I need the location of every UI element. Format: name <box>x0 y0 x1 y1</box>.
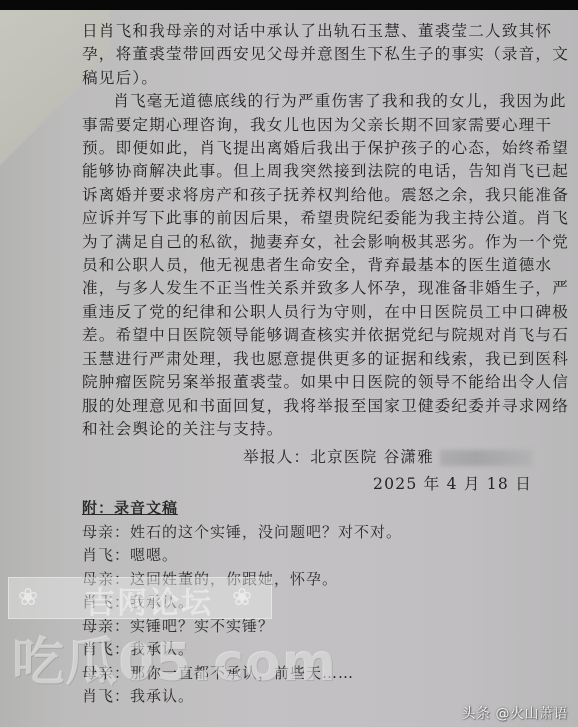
text-line: 和社会舆论的关注与支持。 <box>82 418 538 441</box>
text-line: 诉离婚并要求将房产和孩子抚养权判给他。震怒之余，我只能准备 <box>82 184 538 207</box>
text-line: 日肖飞和我母亲的对话中承认了出轨石玉慧、董裘莹二人致其怀 <box>82 20 538 43</box>
text-line: 能够协商解决此事。但上周我突然接到法院的电话，告知肖飞已起 <box>82 160 538 183</box>
flower-icon: ❀ <box>232 583 252 611</box>
text-line: 服的处理意见和书面回复，我将举报至国家卫健委纪委并寻求网络 <box>82 395 538 418</box>
speaker: 母亲： <box>82 523 130 541</box>
utterance: 嗯嗯。 <box>130 546 178 564</box>
signature-line: 举报人：北京医院 谷潇雅 <box>212 445 532 467</box>
letter-body: 日肖飞和我母亲的对话中承认了出轨石玉慧、董裘莹二人致其怀 孕，将董裘莹带回西安见… <box>82 20 538 441</box>
text-line: 预。即便如此，肖飞提出离婚后我出于保护孩子的心态，始终希望 <box>82 137 538 160</box>
text-line: 重违反了党的纪律和公职人员行为守则，在中日医院员工中口碑极 <box>82 301 538 324</box>
signature-label: 举报人：北京医院 谷潇雅 <box>243 448 434 466</box>
watermark-site: 吃瓜05.com <box>12 620 337 695</box>
text-line: 准，与多人发生不正当性关系并致多人怀孕，现准备非婚生子，严 <box>82 277 538 300</box>
text-line: 为了满足自己的私欲，抛妻弃女，社会影响极其恶劣。作为一个党 <box>82 231 538 254</box>
appendix-title: 附：录音文稿 <box>82 497 542 521</box>
text-line: 稿见后）。 <box>82 67 538 90</box>
utterance: 姓石的这个实锤，没问题吧？对不对。 <box>130 523 402 541</box>
source-credit: 头条 @火山萧语 <box>462 703 568 723</box>
text-line: 事需要定期心理咨询，我女儿也因为父亲长期不回家需要心理干 <box>82 114 538 137</box>
top-dark-band <box>0 0 578 10</box>
watermark-banner-text: 吉网论坛 <box>85 578 213 622</box>
dialog-line: 肖飞：嗯嗯。 <box>82 544 542 568</box>
text-line: 玉慧进行严肃处理，我也愿意提供更多的证据和线索，我已到医科 <box>82 348 538 371</box>
text-line: 差。希望中日医院领导能够调查核实并依据党纪与院规对肖飞与石 <box>82 324 538 347</box>
redacted-contact <box>440 450 532 466</box>
paragraph-continued: 日肖飞和我母亲的对话中承认了出轨石玉慧、董裘莹二人致其怀 孕，将董裘莹带回西安见… <box>82 20 538 90</box>
signature-date: 2025 年 4 月 18 日 <box>212 472 532 494</box>
dialog-line: 母亲：姓石的这个实锤，没问题吧？对不对。 <box>82 521 542 545</box>
text-line: 院肿瘤医院另案举报董裘莹。如果中日医院的领导不能给出令人信 <box>82 371 538 394</box>
paragraph-main: 肖飞毫无道德底线的行为严重伤害了我和我的女儿，我因为此 事需要定期心理咨询，我女… <box>82 90 538 441</box>
flower-icon: ❀ <box>18 583 38 611</box>
text-line: 员和公职人员，他无视患者生命安全，背弃最基本的医生道德水 <box>82 254 538 277</box>
text-line: 应诉并写下此事的前因后果，希望贵院纪委能为我主持公道。肖飞 <box>82 207 538 230</box>
text-line: 孕，将董裘莹带回西安见父母并意图生下私生子的事实（录音，文 <box>82 43 538 66</box>
text-line: 肖飞毫无道德底线的行为严重伤害了我和我的女儿，我因为此 <box>82 90 538 113</box>
speaker: 肖飞： <box>82 546 130 564</box>
